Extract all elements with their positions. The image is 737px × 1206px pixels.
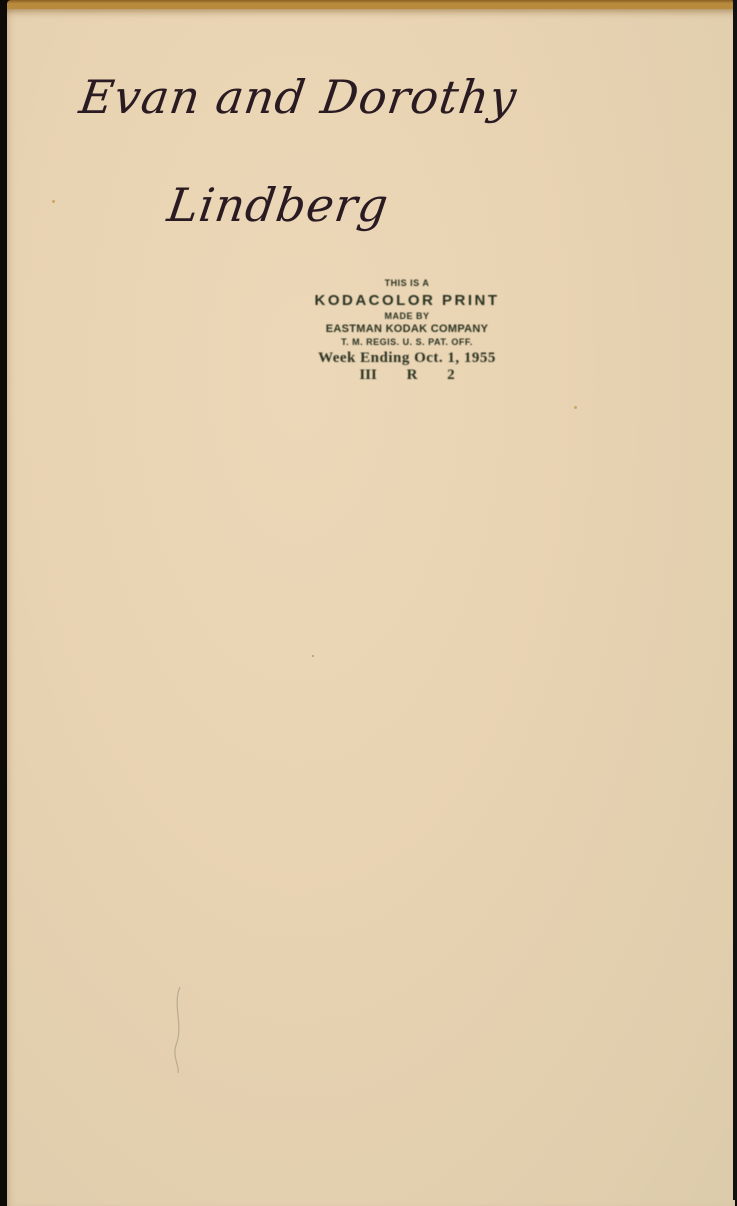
- paper-speck: [574, 406, 577, 409]
- stamp-line-kodacolor-print: KODACOLOR PRINT: [262, 293, 552, 308]
- paper-speck: [52, 200, 55, 203]
- stamp-line-week-ending: Week Ending Oct. 1, 1955: [262, 351, 552, 366]
- stamp-line-company: EASTMAN KODAK COMPANY: [262, 324, 552, 335]
- paper-speck: [312, 655, 314, 657]
- handwritten-surname: Lindberg: [164, 178, 392, 232]
- scan-border: [733, 0, 737, 1200]
- stamp-line-trademark: T. M. REGIS. U. S. PAT. OFF.: [262, 338, 552, 347]
- paper-scratch-mark: [168, 985, 188, 1075]
- stamp-line-code: III R 2: [262, 368, 552, 383]
- stamp-line-made-by: MADE BY: [262, 312, 552, 321]
- handwritten-names: Evan and Dorothy: [76, 70, 520, 124]
- kodacolor-stamp: THIS IS A KODACOLOR PRINT MADE BY EASTMA…: [262, 276, 552, 383]
- stamp-line-this-is-a: THIS IS A: [262, 279, 552, 288]
